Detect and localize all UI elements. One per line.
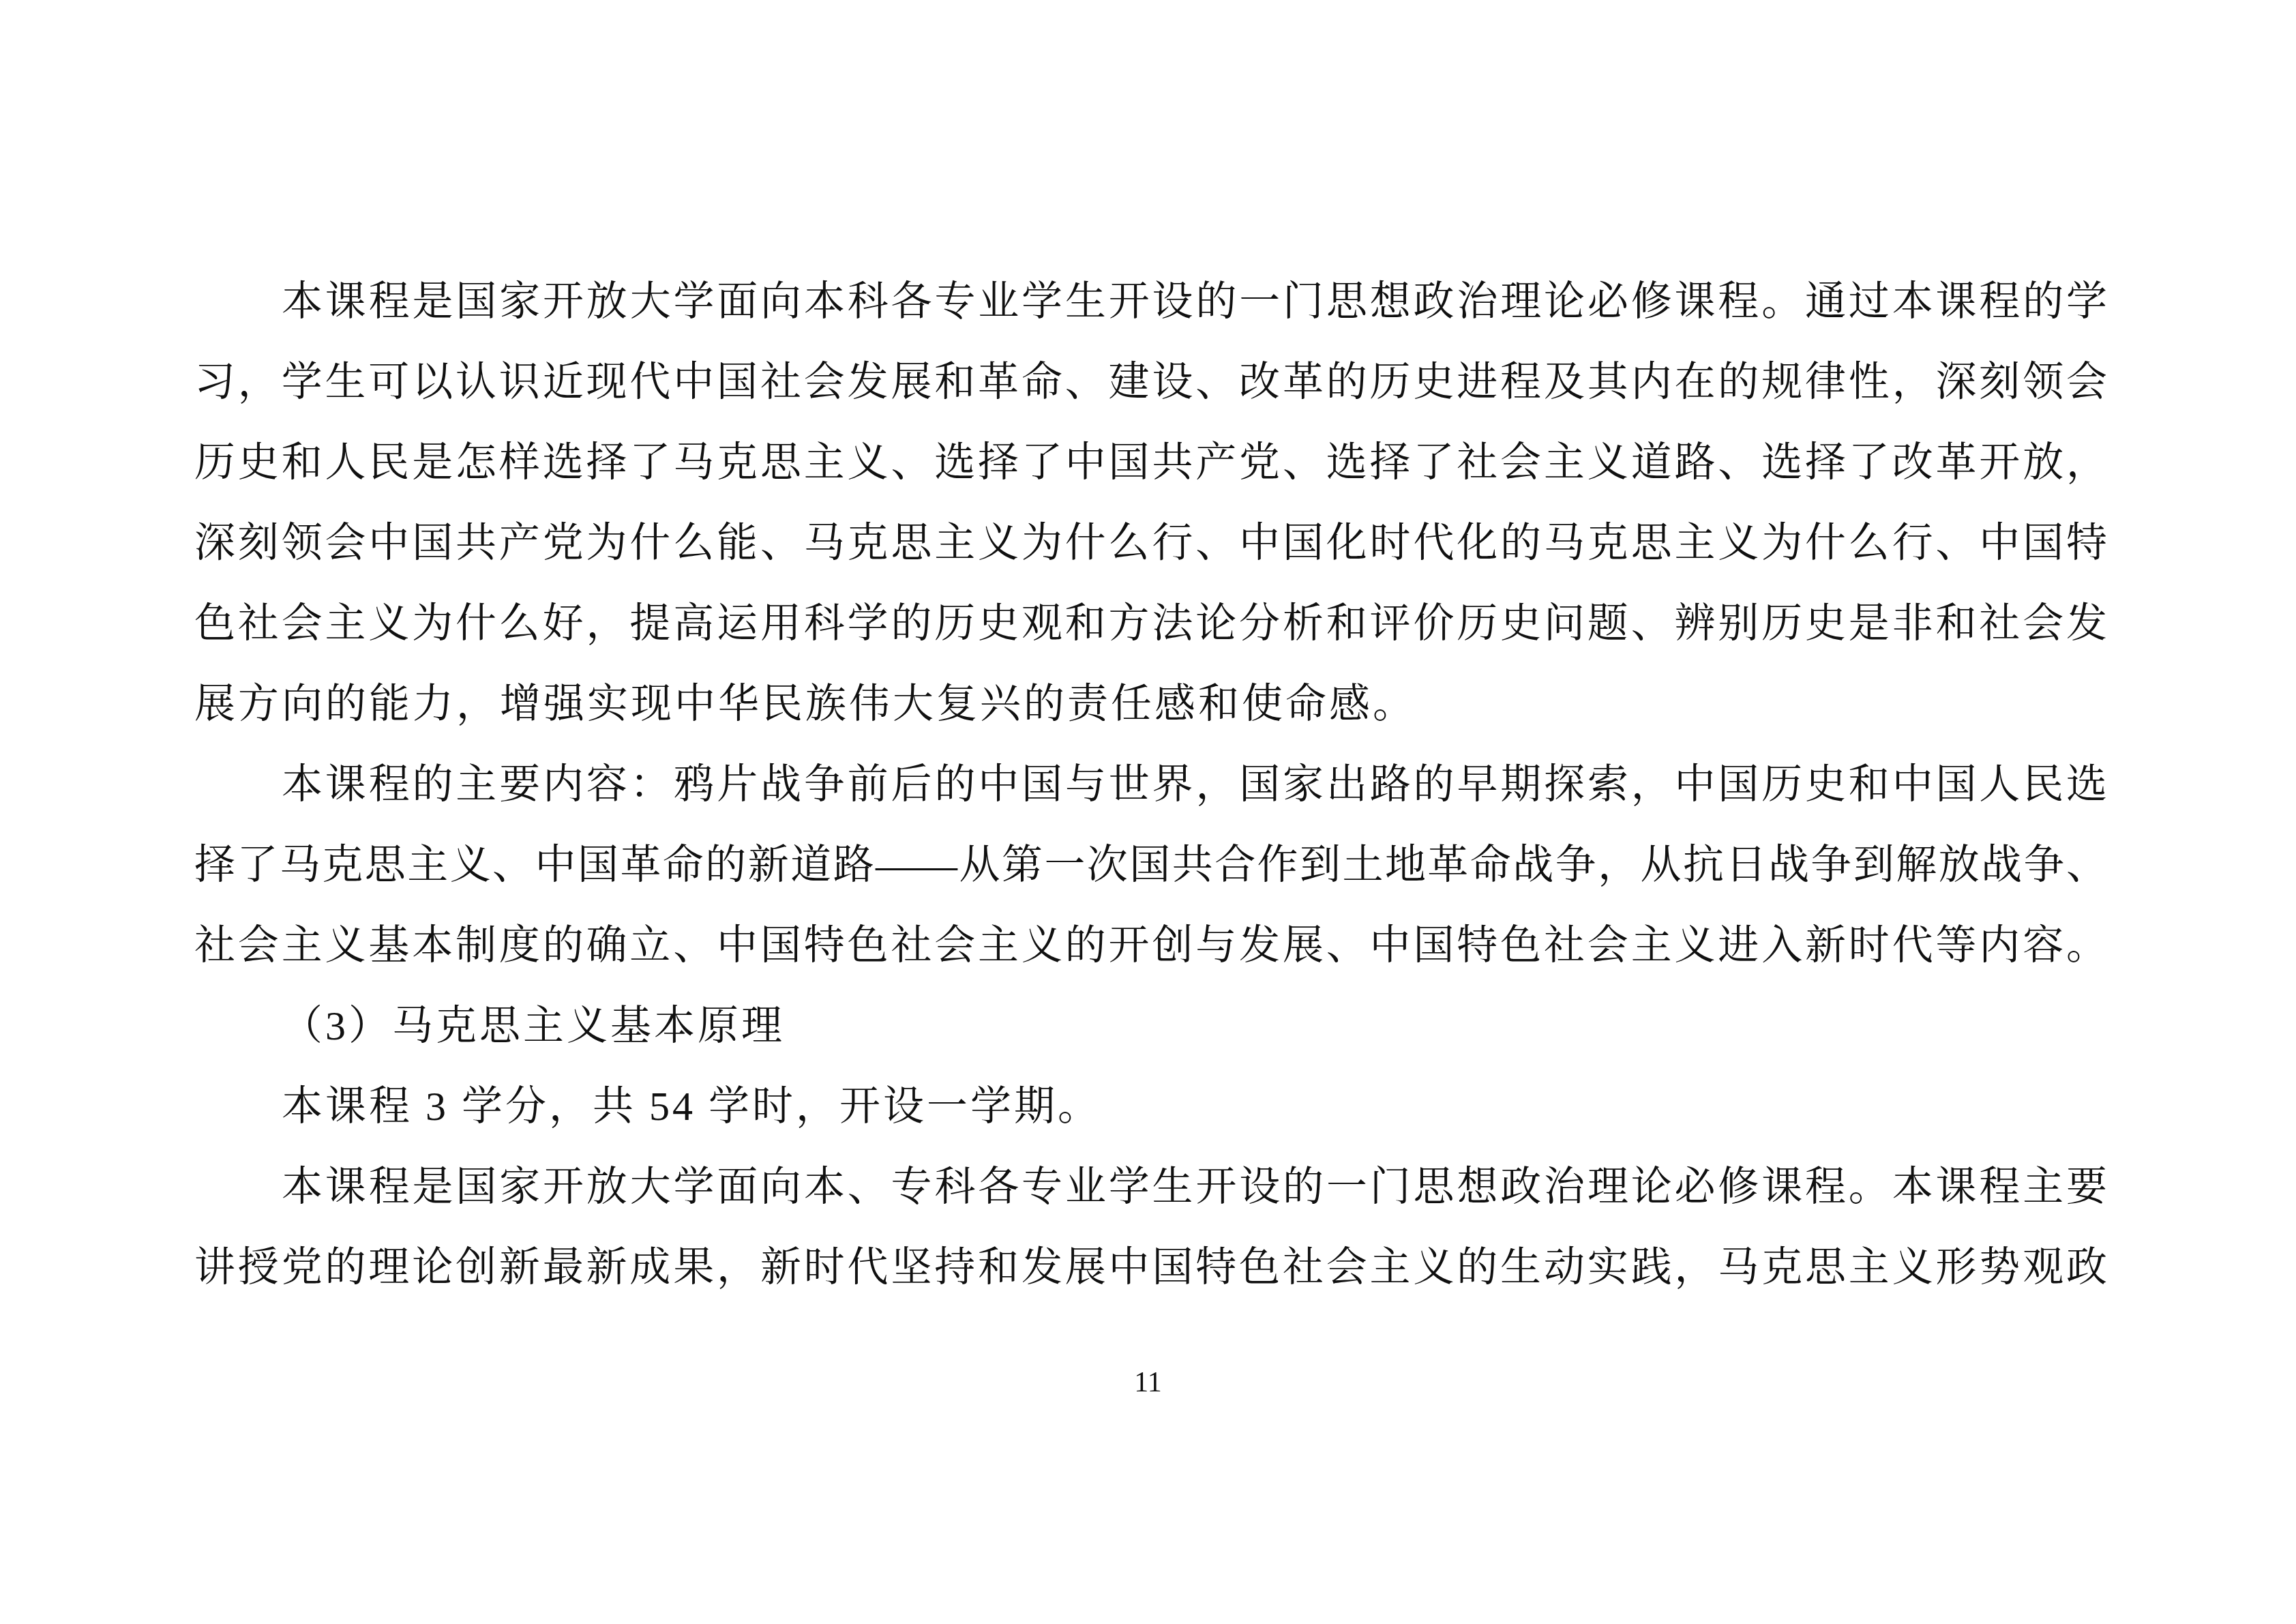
paragraph-line: 历史和人民是怎样选择了马克思主义、选择了中国共产党、选择了社会主义道路、选择了改… — [194, 422, 2107, 503]
paragraph-line: 习，学生可以认识近现代中国社会发展和革命、建设、改革的历史进程及其内在的规律性，… — [194, 342, 2107, 422]
paragraph-line: 本课程是国家开放大学面向本科各专业学生开设的一门思想政治理论必修课程。通过本课程… — [194, 261, 2107, 342]
paragraph-line: 社会主义基本制度的确立、中国特色社会主义的开创与发展、中国特色社会主义进入新时代… — [194, 905, 2107, 986]
paragraph-line: 深刻领会中国共产党为什么能、马克思主义为什么行、中国化时代化的马克思主义为什么行… — [194, 503, 2107, 583]
document-page: 本课程是国家开放大学面向本科各专业学生开设的一门思想政治理论必修课程。通过本课程… — [0, 0, 2296, 1624]
paragraph-line: 讲授党的理论创新最新成果，新时代坚持和发展中国特色社会主义的生动实践，马克思主义… — [194, 1227, 2107, 1308]
paragraph-line: 色社会主义为什么好，提高运用科学的历史观和方法论分析和评价历史问题、辨别历史是非… — [194, 583, 2107, 664]
paragraph-line: 择了马克思主义、中国革命的新道路——从第一次国共合作到土地革命战争，从抗日战争到… — [194, 825, 2107, 905]
paragraph-line: 本课程 3 学分，共 54 学时，开设一学期。 — [194, 1066, 2107, 1147]
paragraph-line: 本课程的主要内容：鸦片战争前后的中国与世界，国家出路的早期探索，中国历史和中国人… — [194, 744, 2107, 825]
paragraph-line: 本课程是国家开放大学面向本、专科各专业学生开设的一门思想政治理论必修课程。本课程… — [194, 1147, 2107, 1227]
page-number: 11 — [0, 1365, 2296, 1400]
paragraph-line: 展方向的能力，增强实现中华民族伟大复兴的责任感和使命感。 — [194, 664, 2107, 744]
section-heading-line: （3）马克思主义基本原理 — [194, 986, 2107, 1066]
body-text: 本课程是国家开放大学面向本科各专业学生开设的一门思想政治理论必修课程。通过本课程… — [194, 261, 2107, 1308]
